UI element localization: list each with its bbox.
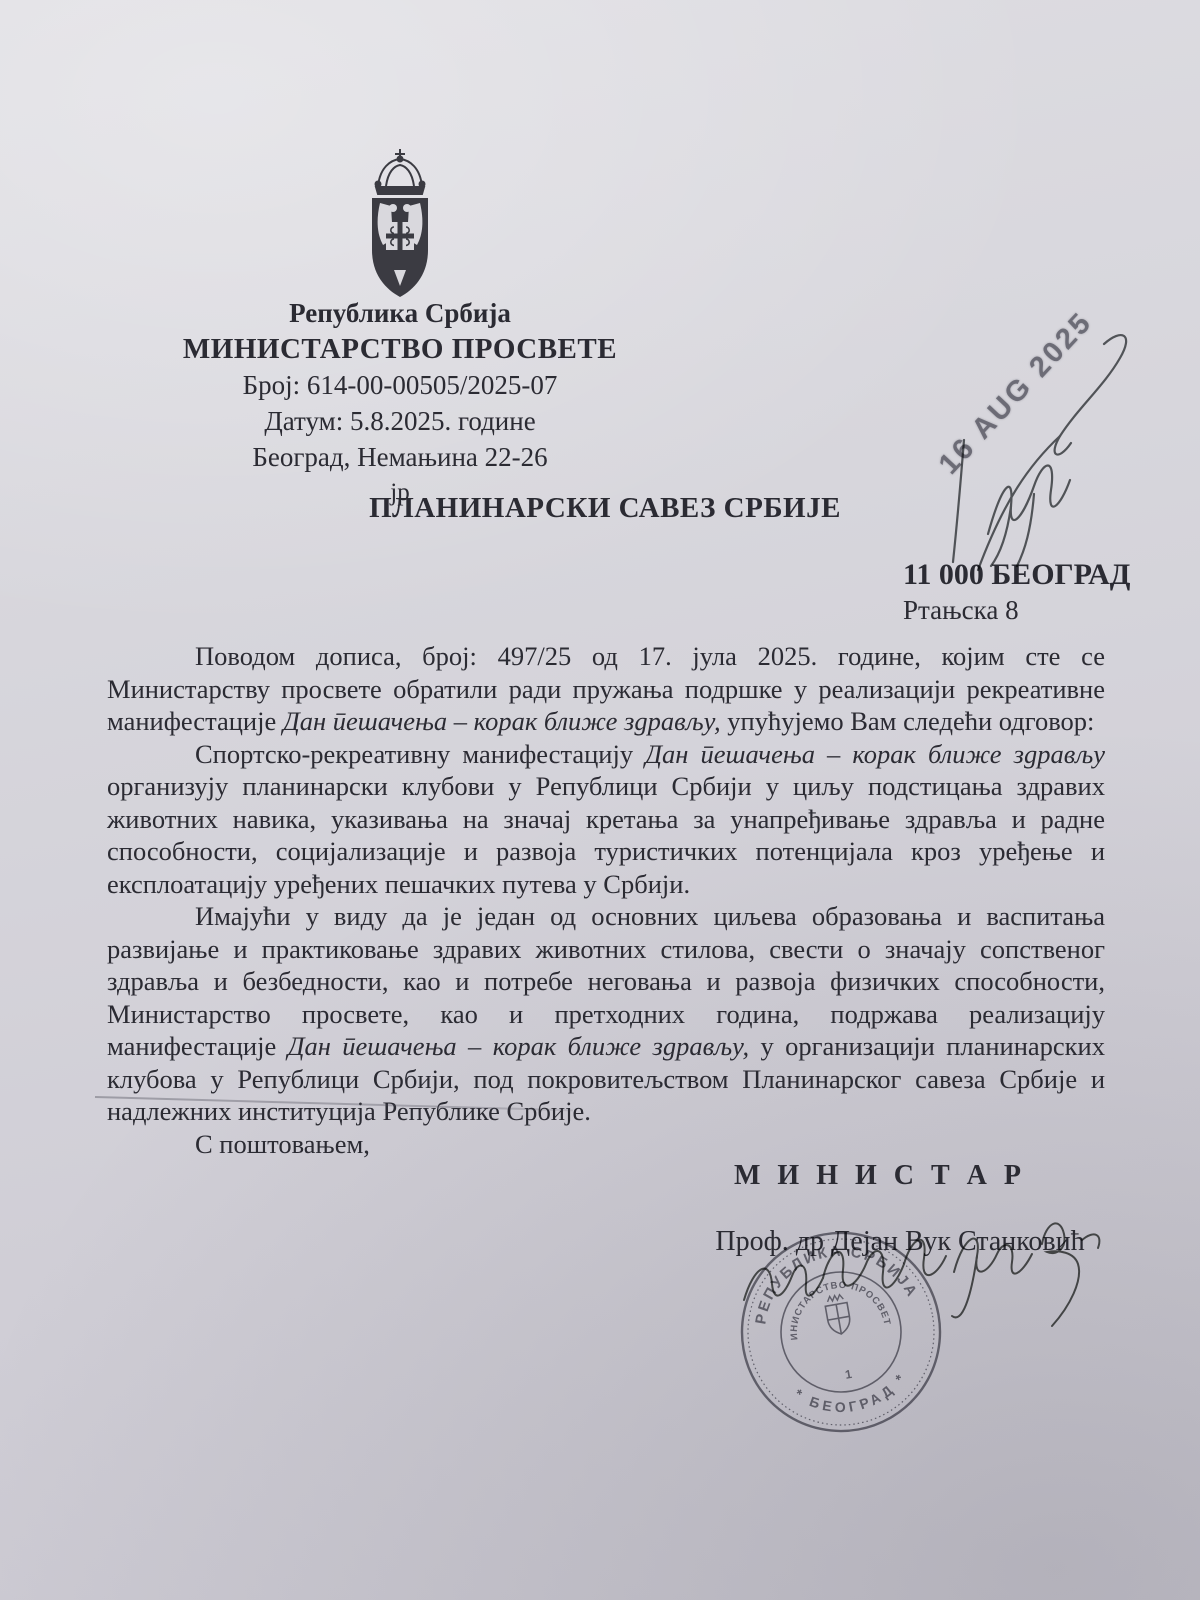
paragraph-text: упућујемо Вам следећи одговор: (721, 706, 1095, 736)
paragraph-text: Спортско-рекреативну манифестацију (195, 739, 645, 769)
italic-phrase: Дан пешачења – корак ближе здрављу (645, 739, 1105, 769)
country-name: Република Србија (120, 298, 680, 330)
recipient-street: Ртањска 8 (903, 595, 1143, 626)
letter-date: Датум: 5.8.2025. године (120, 406, 680, 438)
minister-signature (726, 1200, 1111, 1365)
italic-phrase: Дан пешачења – корак ближе здрављу, (283, 706, 721, 736)
stamp-number: 1 (844, 1367, 853, 1382)
ministry-name: МИНИСТАРСТВО ПРОСВЕТЕ (120, 332, 680, 366)
letter-page: Република Србија МИНИСТАРСТВО ПРОСВЕТЕ Б… (0, 0, 1200, 1600)
reference-number: Број: 614-00-00505/2025-07 (120, 370, 680, 402)
body-paragraph-2: Спортско-рекреативну манифестацију Дан п… (107, 738, 1105, 901)
body-paragraph-1: Поводом дописа, број: 497/25 од 17. јула… (107, 640, 1105, 738)
coat-of-arms-serbia (350, 146, 450, 301)
italic-phrase: Дан пешачења – корак ближе здрављу, (288, 1031, 750, 1061)
minister-title: М И Н И С Т А Р (700, 1160, 1060, 1192)
recipient-name: ПЛАНИНАРСКИ САВЕЗ СРБИЈЕ (205, 492, 1005, 525)
letter-body: Поводом дописа, број: 497/25 од 17. јула… (107, 640, 1105, 1160)
paragraph-text: организују планинарски клубови у Републи… (107, 771, 1105, 899)
body-paragraph-3: Имајући у виду да је један од основних ц… (107, 900, 1105, 1128)
closing-salutation: С поштовањем, (107, 1128, 1105, 1161)
ministry-address: Београд, Немањина 22-26 (120, 442, 680, 474)
letterhead: Република Србија МИНИСТАРСТВО ПРОСВЕТЕ Б… (120, 298, 680, 507)
received-signature (908, 322, 1158, 572)
